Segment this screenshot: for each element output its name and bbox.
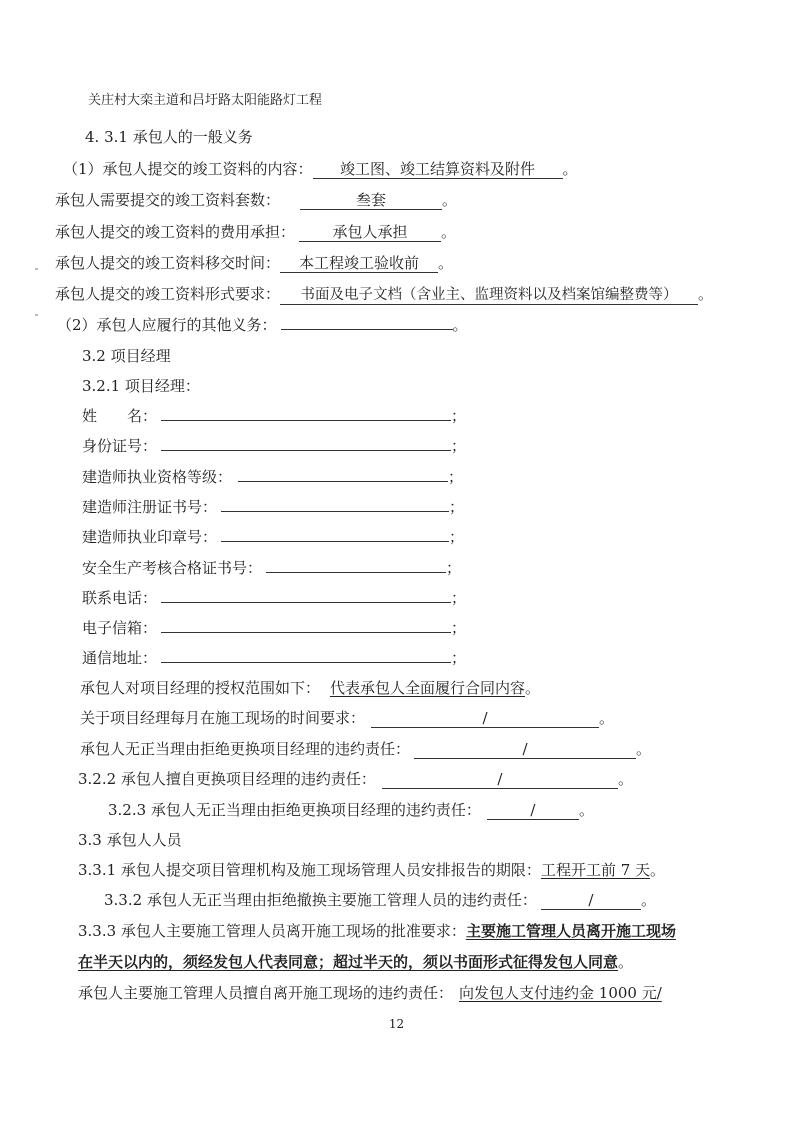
- clause-3-3-2-value[interactable]: /: [541, 892, 641, 910]
- pm-seal-row: 建造师执业印章号：；: [82, 527, 464, 547]
- completion-docs-copies-row: 承包人需要提交的竣工资料套数：叁套。: [55, 190, 457, 210]
- clause-3-2-3-row: 3.2.3 承包人无正当理由拒绝更换项目经理的违约责任：/。: [108, 800, 594, 820]
- pm-registration-field[interactable]: [221, 511, 449, 512]
- clause-3-2-2-value[interactable]: /: [382, 771, 618, 789]
- completion-docs-content-value[interactable]: 竣工图、竣工结算资料及附件: [313, 161, 563, 179]
- field-label: 承包人提交的竣工资料形式要求：: [55, 285, 280, 303]
- completion-docs-format-value[interactable]: 书面及电子文档（含业主、监理资料以及档案馆编整费等）: [280, 287, 698, 305]
- section-heading-4-3-1: 4. 3.1 承包人的一般义务: [85, 127, 253, 147]
- pm-id-field[interactable]: [161, 450, 451, 451]
- other-obligations-value[interactable]: [281, 329, 453, 330]
- field-label: 承包人需要提交的竣工资料套数：: [55, 191, 280, 209]
- other-obligations-row: （2）承包人应履行的其他义务：。: [57, 315, 468, 335]
- clause-3-2-3-value[interactable]: /: [487, 802, 579, 820]
- pm-qualification-field[interactable]: [238, 481, 448, 482]
- clause-3-3-1-row: 3.3.1 承包人提交项目管理机构及施工现场管理人员安排报告的期限：工程开工前 …: [78, 860, 665, 880]
- pm-registration-row: 建造师注册证书号：；: [82, 497, 464, 517]
- pm-authorization-value[interactable]: 代表承包人全面履行合同内容: [320, 680, 525, 697]
- pm-name-field[interactable]: [161, 420, 451, 421]
- completion-docs-format-row: 承包人提交的竣工资料形式要求：书面及电子文档（含业主、监理资料以及档案馆编整费等…: [55, 284, 713, 305]
- project-title: 关庄村大栾主道和吕圩路太阳能路灯工程: [88, 91, 322, 111]
- completion-docs-content-row: （1）承包人提交的竣工资料的内容：竣工图、竣工结算资料及附件。: [63, 159, 578, 179]
- section-heading-3-2-1: 3.2.1 项目经理：: [82, 376, 200, 396]
- pm-seal-field[interactable]: [221, 541, 449, 542]
- pm-qualification-row: 建造师执业资格等级：；: [82, 467, 463, 487]
- pm-authorization-row: 承包人对项目经理的授权范围如下：代表承包人全面履行合同内容。: [80, 678, 540, 698]
- section-heading-3-2: 3.2 项目经理: [82, 346, 171, 366]
- clause-3-3-3-row-cont: 在半天以内的，须经发包人代表同意；超过半天的，须以书面形式征得发包人同意。: [78, 952, 633, 972]
- field-label: 承包人提交的竣工资料移交时间：: [55, 254, 280, 272]
- pm-phone-row: 联系电话：；: [82, 588, 466, 608]
- completion-docs-cost-value[interactable]: 承包人承担: [299, 224, 441, 242]
- pm-address-field[interactable]: [161, 662, 451, 663]
- clause-3-3-1-value[interactable]: 工程开工前 7 天: [541, 861, 650, 879]
- pm-refuse-replace-value[interactable]: /: [414, 741, 636, 759]
- pm-id-row: 身份证号：；: [82, 436, 466, 456]
- pm-refuse-replace-row: 承包人无正当理由拒绝更换项目经理的违约责任：/。: [80, 739, 651, 759]
- clause-3-2-2-row: 3.2.2 承包人擅自更换项目经理的违约责任：/。: [78, 769, 633, 789]
- pm-email-field[interactable]: [161, 632, 451, 633]
- pm-safety-cert-field[interactable]: [266, 572, 446, 573]
- pm-address-row: 通信地址：；: [82, 648, 466, 668]
- pm-name-row: 姓 名：；: [82, 406, 466, 426]
- clause-3-3-2-row: 3.3.2 承包人无正当理由拒绝撤换主要施工管理人员的违约责任：/。: [104, 890, 656, 910]
- pm-phone-field[interactable]: [161, 602, 451, 603]
- completion-docs-copies-value[interactable]: 叁套: [300, 192, 442, 210]
- pm-monthly-time-value[interactable]: /: [371, 710, 599, 728]
- pm-safety-cert-row: 安全生产考核合格证书号：；: [82, 558, 461, 578]
- field-label: （2）承包人应履行的其他义务：: [57, 316, 277, 334]
- clause-3-3-3-value-line1[interactable]: 主要施工管理人员离开施工现场: [466, 922, 676, 940]
- field-label: （1）承包人提交的竣工资料的内容：: [63, 160, 313, 178]
- scan-artifact: [35, 268, 38, 270]
- completion-docs-cost-row: 承包人提交的竣工资料的费用承担：承包人承担。: [55, 222, 456, 242]
- pm-email-row: 电子信箱：；: [82, 618, 466, 638]
- clause-3-3-3-value-line2[interactable]: 在半天以内的，须经发包人代表同意；超过半天的，须以书面形式征得发包人同意: [78, 953, 618, 971]
- pm-monthly-time-row: 关于项目经理每月在施工现场的时间要求：/。: [80, 708, 614, 728]
- leave-penalty-row: 承包人主要施工管理人员擅自离开施工现场的违约责任：向发包人支付违约金 1000 …: [78, 983, 662, 1003]
- scan-artifact: [35, 314, 38, 316]
- section-heading-3-3: 3.3 承包人人员: [78, 830, 182, 850]
- field-label: 承包人提交的竣工资料的费用承担：: [55, 223, 295, 241]
- completion-docs-handover-value[interactable]: 本工程竣工验收前: [280, 255, 438, 273]
- completion-docs-handover-row: 承包人提交的竣工资料移交时间：本工程竣工验收前。: [55, 253, 453, 273]
- leave-penalty-value[interactable]: 向发包人支付违约金 1000 元/: [453, 984, 662, 1002]
- page-number: 12: [0, 1017, 793, 1031]
- clause-3-3-3-row: 3.3.3 承包人主要施工管理人员离开施工现场的批准要求：主要施工管理人员离开施…: [78, 921, 676, 941]
